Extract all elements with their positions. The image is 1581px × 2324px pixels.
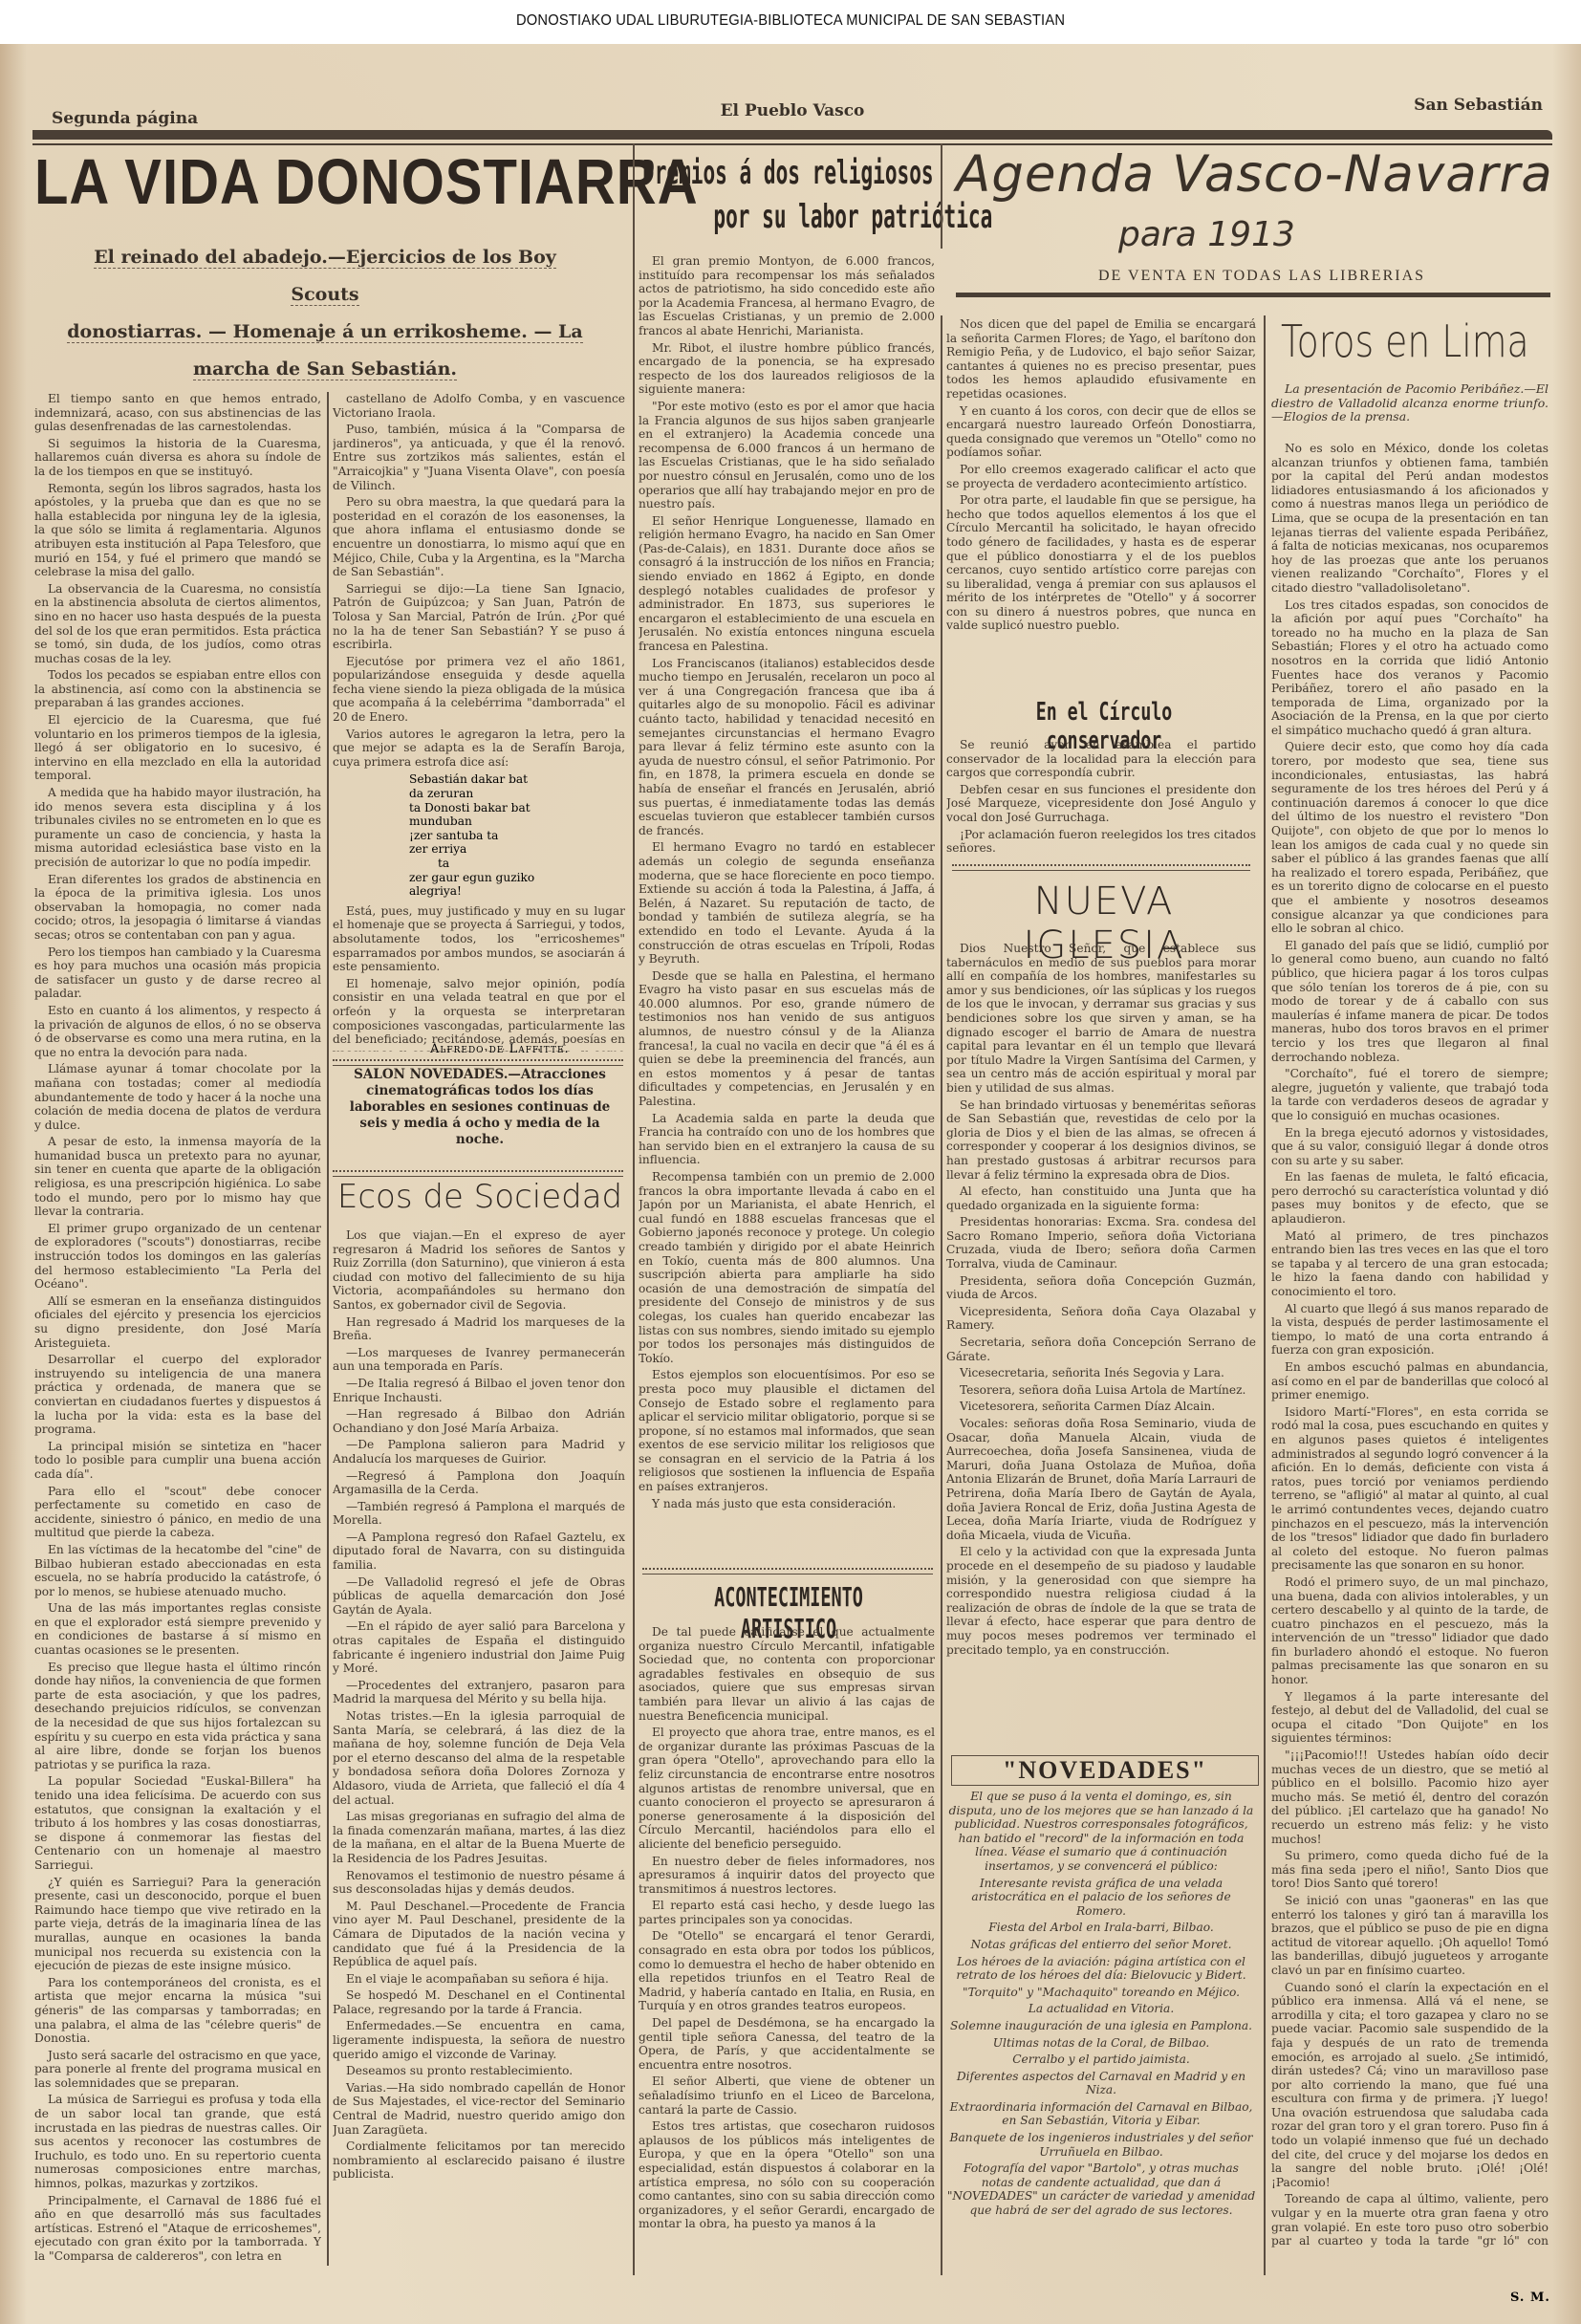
paragraph: —De Pamplona salieron para Madrid y Anda… [333,1438,625,1466]
paragraph: Principalmente, el Carnaval de 1886 fué … [34,2194,321,2264]
poem-line: da zeruran [409,787,625,801]
paragraph: Vicepresidenta, Señora doña Caya Olazaba… [946,1305,1256,1333]
paragraph: Rodó el primero suyo, de un mal pinchazo… [1271,1575,1549,1687]
headline-ecos-sociedad: Ecos de Sociedad [336,1178,623,1216]
paragraph: Debfen cesar en sus funciones el preside… [946,783,1256,825]
paragraph: El homenaje, salvo mejor opinión, podía … [333,977,625,1052]
column-vida-2: castellano de Adolfo Comba, y en vascuen… [333,392,625,1052]
paragraph: —A Pamplona regresó don Rafael Gaztelu, … [333,1531,625,1573]
agenda-ad-title: Agenda Vasco-Navarra [956,145,1549,204]
paragraph: Pero su obra maestra, la que quedará par… [333,495,625,579]
paragraph: Dios Nuestro Señor, que establece sus ta… [946,942,1256,1096]
separator [333,1059,623,1066]
paragraph: Varias.—Ha sido nombrado capellán de Hon… [333,2081,625,2137]
paragraph: De tal puede calificarse el que actualme… [639,1625,935,1723]
paragraph: Y nada más justo que esta consideración. [639,1497,935,1511]
paragraph: Los héroes de la aviación: página artíst… [946,1955,1256,1983]
paragraph: Banquete de los ingenieros industriales … [946,2131,1256,2159]
paragraph: La actualidad en Vitoria. [946,2002,1256,2016]
paragraph: Desde que se halla en Palestina, el herm… [639,969,935,1109]
column-novedades: El que se puso á la venta el domingo, es… [946,1790,1256,2277]
paragraph: Presidentas honorarias: Excma. Sra. cond… [946,1215,1256,1271]
paragraph: Los Franciscanos (italianos) establecido… [639,657,935,838]
column-ecos: Los que viajan.—En el expreso de ayer re… [333,1228,625,2275]
poem-line: ta [409,857,625,871]
city-label: San Sebastián [1414,96,1543,115]
column-acontecimiento: De tal puede calificarse el que actualme… [639,1625,935,2275]
paragraph: "Corchaíto", fué el torero de siempre; a… [1271,1067,1549,1122]
paragraph: En el viaje le acompañaban su señora é h… [333,1972,625,1987]
paragraph: Sarriegui se dijo:—La tiene San Ignacio,… [333,582,625,652]
newspaper-name: El Pueblo Vasco [721,101,865,120]
masthead: Segunda página El Pueblo Vasco San Sebas… [32,96,1552,143]
paragraph: El señor Henrique Longuenesse, llamado e… [639,514,935,654]
paragraph: Quiere decir esto, que como hoy día cada… [1271,740,1549,935]
headline-vida-donostiarra: LA VIDA DONOSTIARRA [34,145,625,219]
paragraph: Para los contemporáneos del cronista, es… [34,1976,321,2046]
paragraph: Se han brindado virtuosas y beneméritas … [946,1098,1256,1183]
column-otello-cont: Nos dicen que del papel de Emilia se enc… [946,317,1256,685]
paragraph: Se reunió ayer en asamblea el partido co… [946,738,1256,780]
paragraph: Y en cuanto á los coros, con decir que d… [946,404,1256,460]
separator [952,864,1250,871]
paragraph: Se inició con unas "gaoneras" en las que… [1271,1894,1549,1978]
paragraph: Diferentes aspectos del Carnaval en Madr… [946,2070,1256,2097]
page-label: Segunda página [52,109,198,128]
paragraph: Está, pues, muy justificado y muy en su … [333,904,625,974]
basque-poem: Sebastián dakar batda zeruranta Donosti … [409,772,625,898]
paragraph: Justo será sacarle del ostracismo en que… [34,2049,321,2091]
paragraph: La Academia salda en parte la deuda que … [639,1112,935,1167]
column-divider [327,392,329,2266]
paragraph: —Procedentes del extranjero, pasaron par… [333,1679,625,1706]
toros-subtitle-text: La presentación de Pacomio Peribáñez.—El… [1271,382,1549,424]
paragraph: Tesorera, señora doña Luisa Artola de Ma… [946,1383,1256,1398]
paragraph: El ganado del país que se lidió, cumplió… [1271,939,1549,1064]
paragraph: En la brega ejecutó adornos y vistosidad… [1271,1126,1549,1168]
paragraph: Han regresado á Madrid los marqueses de … [333,1315,625,1343]
paragraph: Las misas gregorianas en sufragio del al… [333,1810,625,1865]
toros-signature: S. M. [1510,2291,1550,2305]
paragraph: —De Valladolid regresó el jefe de Obras … [333,1575,625,1618]
paragraph: Del papel de Desdémona, se ha encargado … [639,2016,935,2072]
paragraph: —En el rápido de ayer salió para Barcelo… [333,1619,625,1675]
paragraph: "Por este motivo (esto es por el amor qu… [639,400,935,511]
paragraph: En ambos escuchó palmas en abundancia, a… [1271,1360,1549,1402]
paragraph: De "Otello" se encargará el tenor Gerard… [639,1929,935,2013]
paragraph: Mató al primero, de tres pinchazos entra… [1271,1229,1549,1299]
paragraph: Vocales: señoras doña Rosa Seminario, vi… [946,1417,1256,1542]
viewer-banner: DONOSTIAKO UDAL LIBURUTEGIA-BIBLIOTECA M… [0,0,1581,42]
paragraph: Desarrollar el cuerpo del explorador ins… [34,1353,321,1437]
paragraph: El hermano Evagro no tardó en establecer… [639,840,935,966]
paragraph: Por ello creemos exagerado calificar el … [946,463,1256,490]
poem-line: ta Donosti bakar bat [409,801,625,815]
paragraph: Los que viajan.—En el expreso de ayer re… [333,1228,625,1313]
paragraph: No es solo en México, donde los coletas … [1271,442,1549,596]
separator [333,1170,623,1177]
paragraph: Renovamos el testimonio de nuestro pésam… [333,1869,625,1897]
headline-toros-lima: Toros en Lima [1281,315,1529,367]
paragraph: En las víctimas de la hecatombe del "cin… [34,1543,321,1598]
paragraph: Eran diferentes los grados de abstinenci… [34,873,321,943]
poem-line: ¡zer santuba ta [409,829,625,843]
paragraph: "¡¡¡Pacomio!!! Ustedes habían oído decir… [1271,1748,1549,1846]
paragraph: Cuando sonó el clarín la expectación en … [1271,1981,1549,2190]
paragraph: En las faenas de muleta, le faltó eficac… [1271,1170,1549,1226]
column-toros: No es solo en México, donde los coletas … [1271,442,1549,2248]
paragraph: Ultimas notas de la Coral, de Bilbao. [946,2036,1256,2051]
paragraph: ¿Y quién es Sarriegui? Para la generació… [34,1876,321,1973]
paragraph: Toreando de capa al último, valiente, pe… [1271,2192,1549,2248]
agenda-rule [956,293,1550,297]
paragraph: A pesar de esto, la inmensa mayoría de l… [34,1135,321,1219]
paragraph: Secretaria, señora doña Concepción Serra… [946,1336,1256,1363]
poem-line: zer gaur egun guziko [409,871,625,885]
paragraph: El ejercicio de la Cuaresma, que fué vol… [34,713,321,783]
paragraph: Se hospedó M. Deschanel en el Continenta… [333,1988,625,2016]
column-divider [1264,315,1266,2275]
paragraph: Cordialmente felicitamos por tan merecid… [333,2139,625,2182]
column-premios: El gran premio Montyon, de 6.000 francos… [639,254,935,1540]
paragraph: Estos ejemplos son elocuentísimos. Por e… [639,1368,935,1493]
paragraph: "Torquito" y "Machaquito" toreando en Mé… [946,1986,1256,2000]
author-signature: Alfredo de Laffitte. [430,1042,570,1056]
paragraph: La principal misión se sintetiza en "hac… [34,1440,321,1482]
paragraph: Isidoro Martí-"Flores", en esta corrida … [1271,1405,1549,1573]
paragraph: Por otra parte, el laudable fin que se p… [946,493,1256,633]
agenda-ad-sale: DE VENTA EN TODAS LAS LIBRERIAS [975,268,1549,285]
column-vida-1: El tiempo santo en que hemos entrado, in… [34,392,321,2280]
paragraph: —También regresó á Pamplona el marqués d… [333,1500,625,1528]
paragraph: La observancia de la Cuaresma, no consis… [34,582,321,666]
paragraph: Cerralbo y el partido jaimista. [946,2053,1256,2067]
paragraph: Es preciso que llegue hasta el último ri… [34,1661,321,1772]
paragraph: Extraordinaria información del Carnaval … [946,2100,1256,2128]
paragraph: ¡Por aclamación fueron reelegidos los tr… [946,828,1256,853]
paragraph: castellano de Adolfo Comba, y en vascuen… [333,392,625,420]
paragraph: Enfermedades.—Se encuentra en cama, lige… [333,2019,625,2061]
masthead-rule [32,130,1552,140]
headline-premios: Premios á dos religiosos por su labor pa… [642,151,824,239]
paragraph: El proyecto que ahora trae, entre manos,… [639,1726,935,1851]
poem-line: munduban [409,814,625,829]
vida-subtitle: El reinado del abadejo.—Ejercicios de lo… [57,239,593,388]
premios-title-line: Premios á dos religiosos [642,151,824,195]
paragraph: —Han regresado á Bilbao don Adrián Ochan… [333,1407,625,1435]
paragraph: Mr. Ribot, el ilustre hombre público fra… [639,341,935,397]
paragraph: La popular Sociedad "Euskal-Billera" ha … [34,1774,321,1872]
paragraph: Notas tristes.—En la iglesia parroquial … [333,1709,625,1807]
poem-line: zer erriya [409,842,625,857]
paragraph: Fotografía del vapor "Bartolo", y otras … [946,2161,1256,2217]
vida-subtitle-line: donostiarras. — Homenaje á un errikoshem… [67,321,582,343]
paragraph: Presidenta, señora doña Concepción Guzmá… [946,1274,1256,1302]
paragraph: Todos los pecados se espiaban entre ello… [34,668,321,710]
paragraph: Vicesecretaria, señorita Inés Segovia y … [946,1366,1256,1380]
library-title: DONOSTIAKO UDAL LIBURUTEGIA-BIBLIOTECA M… [516,12,1065,30]
paragraph: El que se puso á la venta el domingo, es… [946,1790,1256,1874]
column-iglesia: Dios Nuestro Señor, que establece sus ta… [946,942,1256,1745]
paragraph: —Regresó á Pamplona don Joaquín Argamasi… [333,1469,625,1497]
paragraph: El reparto está casi hecho, y desde lueg… [639,1899,935,1926]
paragraph: El celo y la actividad con que la expres… [946,1545,1256,1657]
paragraph: El señor Alberti, que viene de obtener u… [639,2074,935,2117]
paragraph: Los tres citados espadas, son conocidos … [1271,598,1549,738]
headline-novedades: "NOVEDADES" [951,1755,1259,1786]
paragraph: —De Italia regresó á Bilbao el joven ten… [333,1377,625,1404]
paragraph: Vicetesorera, señorita Carmen Díaz Alcai… [946,1400,1256,1414]
paragraph: A medida que ha habido mayor ilustración… [34,786,321,870]
column-divider [941,143,942,249]
paragraph: Allí se esmeran en la enseñanza distingu… [34,1294,321,1350]
paragraph: Remonta, según los libros sagrados, hast… [34,482,321,579]
toros-subtitle: La presentación de Pacomio Peribáñez.—El… [1271,382,1549,440]
paragraph: Interesante revista gráfica de una velad… [946,1877,1256,1919]
premios-title-line: por su labor patriótica [642,195,824,239]
salon-novedades-notice: SALON NOVEDADES.—Atracciones cinematográ… [336,1067,623,1148]
column-divider [941,315,942,2275]
column-divider [633,143,635,2275]
paragraph: El tiempo santo en que hemos entrado, in… [34,392,321,434]
paragraph: Pero los tiempos han cambiado y la Cuare… [34,945,321,1001]
paragraph: Deseamos su pronto restablecimiento. [333,2064,625,2078]
paragraph: Su primero, como queda dicho fué de la m… [1271,1849,1549,1891]
paragraph: Y llegamos á la parte interesante del fe… [1271,1690,1549,1746]
paragraph: Una de las más importantes reglas consis… [34,1601,321,1657]
paragraph: Puso, también, música á la "Comparsa de … [333,423,625,492]
paragraph: Llámase ayunar á tomar chocolate por la … [34,1062,321,1132]
paragraph: Solemne inauguración de una iglesia en P… [946,2019,1256,2033]
agenda-ad-year: para 1913 [1118,215,1295,254]
paragraph: Al efecto, han constituido una Junta que… [946,1184,1256,1212]
paragraph: Nos dicen que del papel de Emilia se enc… [946,317,1256,402]
paragraph: Estos tres artistas, que cosecharon ruid… [639,2119,935,2231]
paragraph: Varios autores le agregaron la letra, pe… [333,728,625,770]
vida-subtitle-line: marcha de San Sebastián. [193,358,457,380]
paragraph: La música de Sarriegui es profusa y toda… [34,2093,321,2190]
separator [642,1568,933,1575]
paragraph: Si seguimos la historia de la Cuaresma, … [34,437,321,479]
paragraph: El gran premio Montyon, de 6.000 francos… [639,254,935,338]
paragraph: El primer grupo organizado de un centena… [34,1222,321,1292]
paragraph: Esto en cuanto á los alimentos, y respec… [34,1004,321,1059]
column-circulo: Se reunió ayer en asamblea el partido co… [946,738,1256,853]
paragraph: M. Paul Deschanel.—Procedente de Francia… [333,1900,625,1969]
vida-subtitle-line: El reinado del abadejo.—Ejercicios de lo… [94,247,556,306]
poem-line: alegriya! [409,884,625,899]
paragraph: En nuestro deber de fieles informadores,… [639,1855,935,1897]
paragraph: Notas gráficas del entierro del señor Mo… [946,1938,1256,1952]
paragraph: Recompensa también con un premio de 2.00… [639,1170,935,1365]
paragraph: Para ello el "scout" debe conocer perfec… [34,1485,321,1540]
paragraph: Fiesta del Arbol en Irala-barri, Bilbao. [946,1921,1256,1935]
paragraph: —Los marqueses de Ivanrey permanecerán a… [333,1346,625,1374]
poem-line: Sebastián dakar bat [409,772,625,787]
paragraph: Ejecutóse por primera vez el año 1861, p… [333,655,625,725]
paragraph: Al cuarto que llegó á sus manos reparado… [1271,1302,1549,1357]
